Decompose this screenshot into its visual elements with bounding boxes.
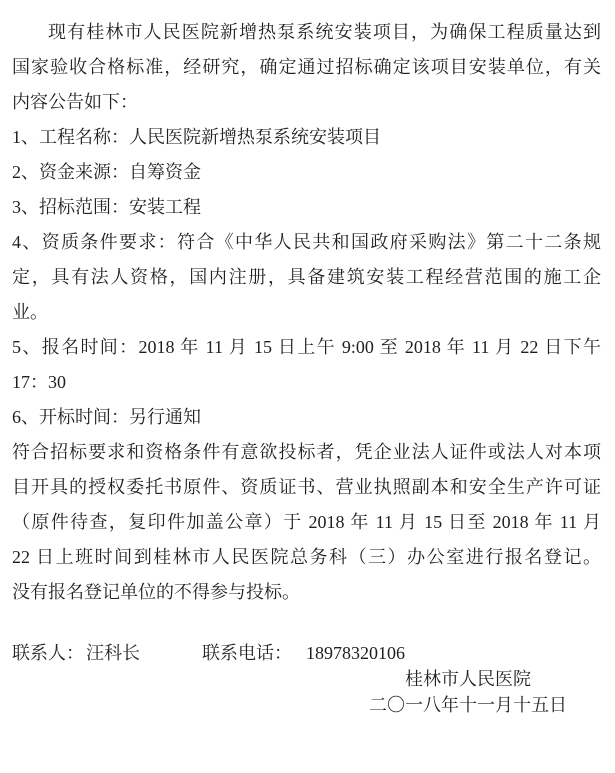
item-registration-time: 5、报名时间：2018 年 11 月 15 日上午 9:00 至 2018 年 … [12,330,601,400]
item-project-name: 1、工程名称：人民医院新增热泵系统安装项目 [12,120,601,155]
registration-line-2: 目开具的授权委托书原件、资质证书、营业执照副本和安全生产许可证 [12,470,601,505]
signature-organization: 桂林市人民医院 [353,666,583,692]
intro-line-2: 国家验收合格标准，经研究，确定通过招标确定该项目安装单位，有关 [12,50,601,85]
contact-person-label: 联系人： [12,643,84,663]
registration-line-4: 22 日上班时间到桂林市人民医院总务科（三）办公室进行报名登记。 [12,540,601,575]
qualification-line-2: 定，具有法人资格，国内注册，具备建筑安装工程经营范围的施工企 [12,260,601,295]
signature-block: 桂林市人民医院 二〇一八年十一月十五日 [353,666,583,718]
footer-block: 联系人：汪科长联系电话：18978320106 桂林市人民医院 二〇一八年十一月… [12,640,601,718]
registration-line-5: 没有报名登记单位的不得参与投标。 [12,575,601,610]
registration-time-line-2: 17：30 [12,365,601,400]
item-tender-scope: 3、招标范围：安装工程 [12,190,601,225]
contact-row: 联系人：汪科长联系电话：18978320106 [12,640,601,666]
qualification-line-1: 4、资质条件要求：符合《中华人民共和国政府采购法》第二十二条规 [12,225,601,260]
intro-line-3: 内容公告如下： [12,85,601,120]
contact-person-name: 汪科长 [86,643,140,663]
registration-time-line-1: 5、报名时间：2018 年 11 月 15 日上午 9:00 至 2018 年 … [12,330,601,365]
item-funding-source: 2、资金来源：自筹资金 [12,155,601,190]
tender-announcement-document: 现有桂林市人民医院新增热泵系统安装项目，为确保工程质量达到 国家验收合格标准，经… [0,0,615,718]
contact-phone-number: 18978320106 [306,643,405,663]
qualification-line-3: 业。 [12,295,601,330]
contact-phone-label: 联系电话： [202,643,292,663]
signature-date: 二〇一八年十一月十五日 [353,692,583,718]
intro-line-1: 现有桂林市人民医院新增热泵系统安装项目，为确保工程质量达到 [12,15,601,50]
item-qualification-requirements: 4、资质条件要求：符合《中华人民共和国政府采购法》第二十二条规 定，具有法人资格… [12,225,601,330]
intro-paragraph: 现有桂林市人民医院新增热泵系统安装项目，为确保工程质量达到 国家验收合格标准，经… [12,15,601,120]
item-bid-opening-time: 6、开标时间：另行通知 [12,400,601,435]
registration-instructions-paragraph: 符合招标要求和资格条件有意欲投标者，凭企业法人证件或法人对本项 目开具的授权委托… [12,435,601,610]
registration-line-1: 符合招标要求和资格条件有意欲投标者，凭企业法人证件或法人对本项 [12,435,601,470]
registration-line-3: （原件待查，复印件加盖公章）于 2018 年 11 月 15 日至 2018 年… [12,505,601,540]
